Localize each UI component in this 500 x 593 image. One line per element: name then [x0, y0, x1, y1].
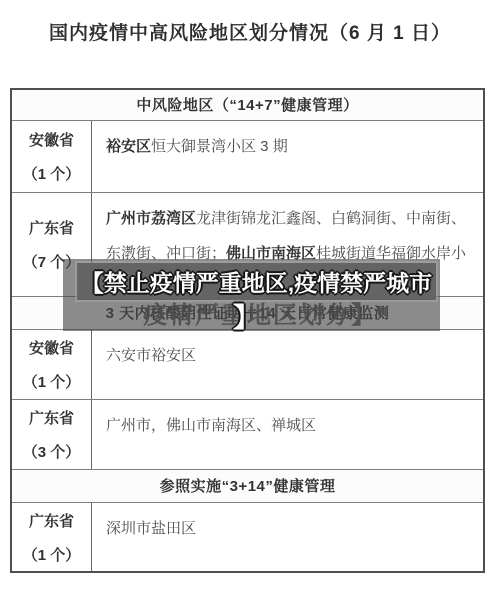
area-detail: 恒大御景湾小区 3 期 — [151, 138, 288, 155]
province-count: （1 个） — [23, 371, 81, 392]
area-detail: 广州市，佛山市南海区、禅城区 — [106, 417, 316, 434]
area-cell: 广州市，佛山市南海区、禅城区 — [92, 400, 483, 469]
province-name: 安徽省 — [29, 337, 74, 358]
section-header-medium-risk: 中风险地区（“14+7”健康管理） — [12, 90, 483, 121]
province-cell: 安徽省 （1 个） — [12, 121, 92, 192]
page: 国内疫情中高风险地区划分情况（6 月 1 日） 中风险地区（“14+7”健康管理… — [0, 0, 500, 593]
province-name: 安徽省 — [29, 129, 74, 150]
province-count: （1 个） — [23, 163, 81, 184]
province-count: （1 个） — [23, 544, 81, 565]
province-count: （3 个） — [23, 441, 81, 462]
area-cell: 深圳市盐田区 — [92, 503, 483, 571]
area-district: 裕安区 — [106, 138, 151, 155]
province-name: 广东省 — [29, 217, 74, 238]
area-district: 广州市荔湾区 — [106, 210, 196, 227]
table-row: 安徽省 （1 个） 裕安区恒大御景湾小区 3 期 — [12, 121, 483, 193]
section-header-3plus14: 参照实施“3+14”健康管理 — [12, 470, 483, 503]
area-detail: 深圳市盐田区 — [106, 520, 196, 537]
table-row: 广东省 （3 个） 广州市，佛山市南海区、禅城区 — [12, 400, 483, 470]
province-cell: 广东省 （1 个） — [12, 503, 92, 571]
table-row: 广东省 （1 个） 深圳市盐田区 — [12, 503, 483, 571]
province-name: 广东省 — [29, 510, 74, 531]
area-cell: 六安市裕安区 — [92, 330, 483, 399]
area-detail: 六安市裕安区 — [106, 347, 196, 364]
province-cell: 安徽省 （1 个） — [12, 330, 92, 399]
province-name: 广东省 — [29, 407, 74, 428]
table-row: 安徽省 （1 个） 六安市裕安区 — [12, 330, 483, 400]
watermark-title-line2: 】 — [233, 296, 260, 335]
page-title: 国内疫情中高风险地区划分情况（6 月 1 日） — [0, 18, 500, 45]
watermark-shadow-text: 疫情严重地区划分】 — [80, 295, 440, 330]
area-cell: 裕安区恒大御景湾小区 3 期 — [92, 121, 483, 192]
watermark-title-line1: 【禁止疫情严重地区,疫情禁严城市 — [81, 265, 432, 298]
province-cell: 广东省 （3 个） — [12, 400, 92, 469]
